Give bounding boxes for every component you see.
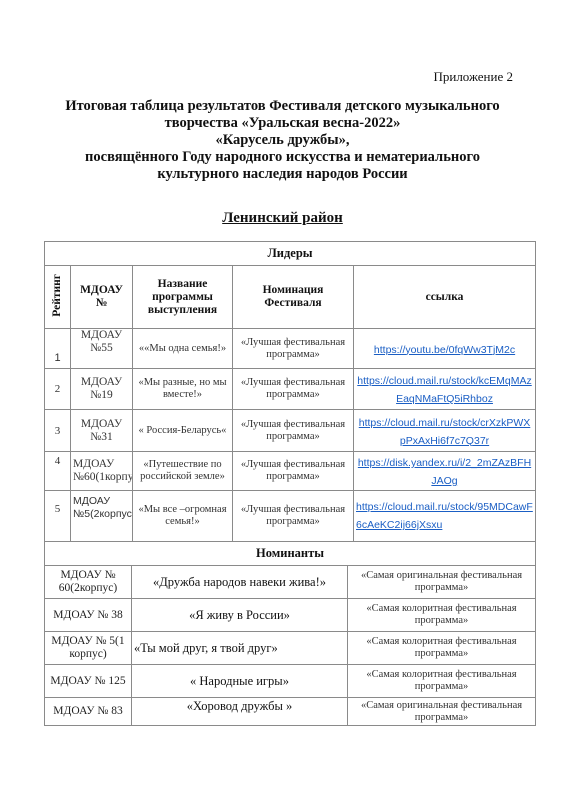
table-row: 5 МДОАУ №5(2корпус) «Мы все –огромная се… [45,491,536,542]
title-line: посвящённого Году народного искусства и … [0,149,565,166]
program-cell: « Народные игры» [132,665,348,698]
video-link[interactable]: https://cloud.mail.ru/stock/kcEMqMAzEaqN… [357,375,531,405]
header-link: ссылка [354,266,536,329]
link-cell: https://cloud.mail.ru/stock/kcEMqMAzEaqN… [354,369,536,410]
link-cell: https://cloud.mail.ru/stock/95MDCawF6cAe… [354,491,536,542]
header-nomination: Номинация Фестиваля [233,266,354,329]
program-cell: «Мы все –огромная семья!» [133,491,233,542]
link-cell: https://cloud.mail.ru/stock/crXzkPWXpPxA… [354,410,536,452]
org-cell: МДОАУ № 5(1 корпус) [45,632,132,665]
table-row: МДОАУ № 125 « Народные игры» «Самая коло… [45,665,536,698]
program-cell: ««Мы одна семья!» [133,329,233,369]
rank-cell: 3 [45,410,71,452]
document-title: Итоговая таблица результатов Фестиваля д… [0,98,565,183]
video-link[interactable]: https://cloud.mail.ru/stock/crXzkPWXpPxA… [359,417,531,447]
video-link[interactable]: https://youtu.be/0fqWw3TjM2c [374,344,515,356]
link-cell: https://youtu.be/0fqWw3TjM2c [354,329,536,369]
nomination-cell: «Самая колоритная фестивальная программа… [348,632,536,665]
org-cell: МДОАУ № 60(2корпус) [45,566,132,599]
rank-cell: 1 [45,329,71,369]
rank-cell: 2 [45,369,71,410]
table-row: МДОАУ № 38 «Я живу в России» «Самая коло… [45,599,536,632]
program-cell: «Дружба народов навеки жива!» [132,566,348,599]
org-cell: МДОАУ № 83 [45,698,132,726]
rank-cell: 5 [45,491,71,542]
org-cell: МДОАУ №5(2корпус) [71,491,133,542]
header-rank: Рейтинг [45,266,71,329]
title-line: творчества «Уральская весна-2022» [0,115,565,132]
nominees-table: Номинанты МДОАУ № 60(2корпус) «Дружба на… [44,541,536,726]
title-line: Итоговая таблица результатов Фестиваля д… [0,98,565,115]
link-cell: https://disk.yandex.ru/i/2_2mZAzBFHJAOg [354,452,536,491]
program-cell: « Россия-Беларусь« [133,410,233,452]
program-cell: «Ты мой друг, я твой друг» [132,632,348,665]
table-row: 3 МДОАУ №31 « Россия-Беларусь« «Лучшая ф… [45,410,536,452]
nomination-cell: «Лучшая фестивальная программа» [233,491,354,542]
video-link[interactable]: https://disk.yandex.ru/i/2_2mZAzBFHJAOg [358,457,531,487]
nomination-cell: «Самая оригинальная фестивальная програм… [348,566,536,599]
title-line: «Карусель дружбы», [0,132,565,149]
appendix-label: Приложение 2 [433,69,513,85]
nominees-section-title: Номинанты [45,542,536,566]
title-line: культурного наследия народов России [0,166,565,183]
nomination-cell: «Лучшая фестивальная программа» [233,410,354,452]
table-row: МДОАУ № 83 «Хоровод дружбы » «Самая ориг… [45,698,536,726]
program-cell: «Я живу в России» [132,599,348,632]
nomination-cell: «Самая оригинальная фестивальная програм… [348,698,536,726]
nominees-section-row: Номинанты [45,542,536,566]
rank-cell: 4 [45,452,71,491]
nomination-cell: «Самая колоритная фестивальная программа… [348,599,536,632]
program-cell: «Хоровод дружбы » [132,698,348,726]
table-row: 2 МДОАУ №19 «Мы разные, но мы вместе!» «… [45,369,536,410]
leaders-header-row: Рейтинг МДОАУ № Название программы высту… [45,266,536,329]
leaders-table: Лидеры Рейтинг МДОАУ № Название программ… [44,241,536,542]
district-heading: Ленинский район [0,210,565,227]
org-cell: МДОАУ № 38 [45,599,132,632]
nomination-cell: «Лучшая фестивальная программа» [233,452,354,491]
org-cell: МДОАУ №60(1корпус) [71,452,133,491]
org-cell: МДОАУ № 125 [45,665,132,698]
video-link[interactable]: https://cloud.mail.ru/stock/95MDCawF6cAe… [356,501,533,531]
nomination-cell: «Лучшая фестивальная программа» [233,369,354,410]
header-program: Название программы выступления [133,266,233,329]
table-row: МДОАУ № 60(2корпус) «Дружба народов наве… [45,566,536,599]
program-cell: «Путешествие по российской земле» [133,452,233,491]
org-cell: МДОАУ №55 [71,329,133,369]
table-row: МДОАУ № 5(1 корпус) «Ты мой друг, я твой… [45,632,536,665]
table-row: 4 МДОАУ №60(1корпус) «Путешествие по рос… [45,452,536,491]
program-cell: «Мы разные, но мы вместе!» [133,369,233,410]
nomination-cell: «Самая колоритная фестивальная программа… [348,665,536,698]
header-org: МДОАУ № [71,266,133,329]
leaders-section-row: Лидеры [45,242,536,266]
leaders-section-title: Лидеры [45,242,536,266]
org-cell: МДОАУ №19 [71,369,133,410]
table-row: 1 МДОАУ №55 ««Мы одна семья!» «Лучшая фе… [45,329,536,369]
org-cell: МДОАУ №31 [71,410,133,452]
nomination-cell: «Лучшая фестивальная программа» [233,329,354,369]
